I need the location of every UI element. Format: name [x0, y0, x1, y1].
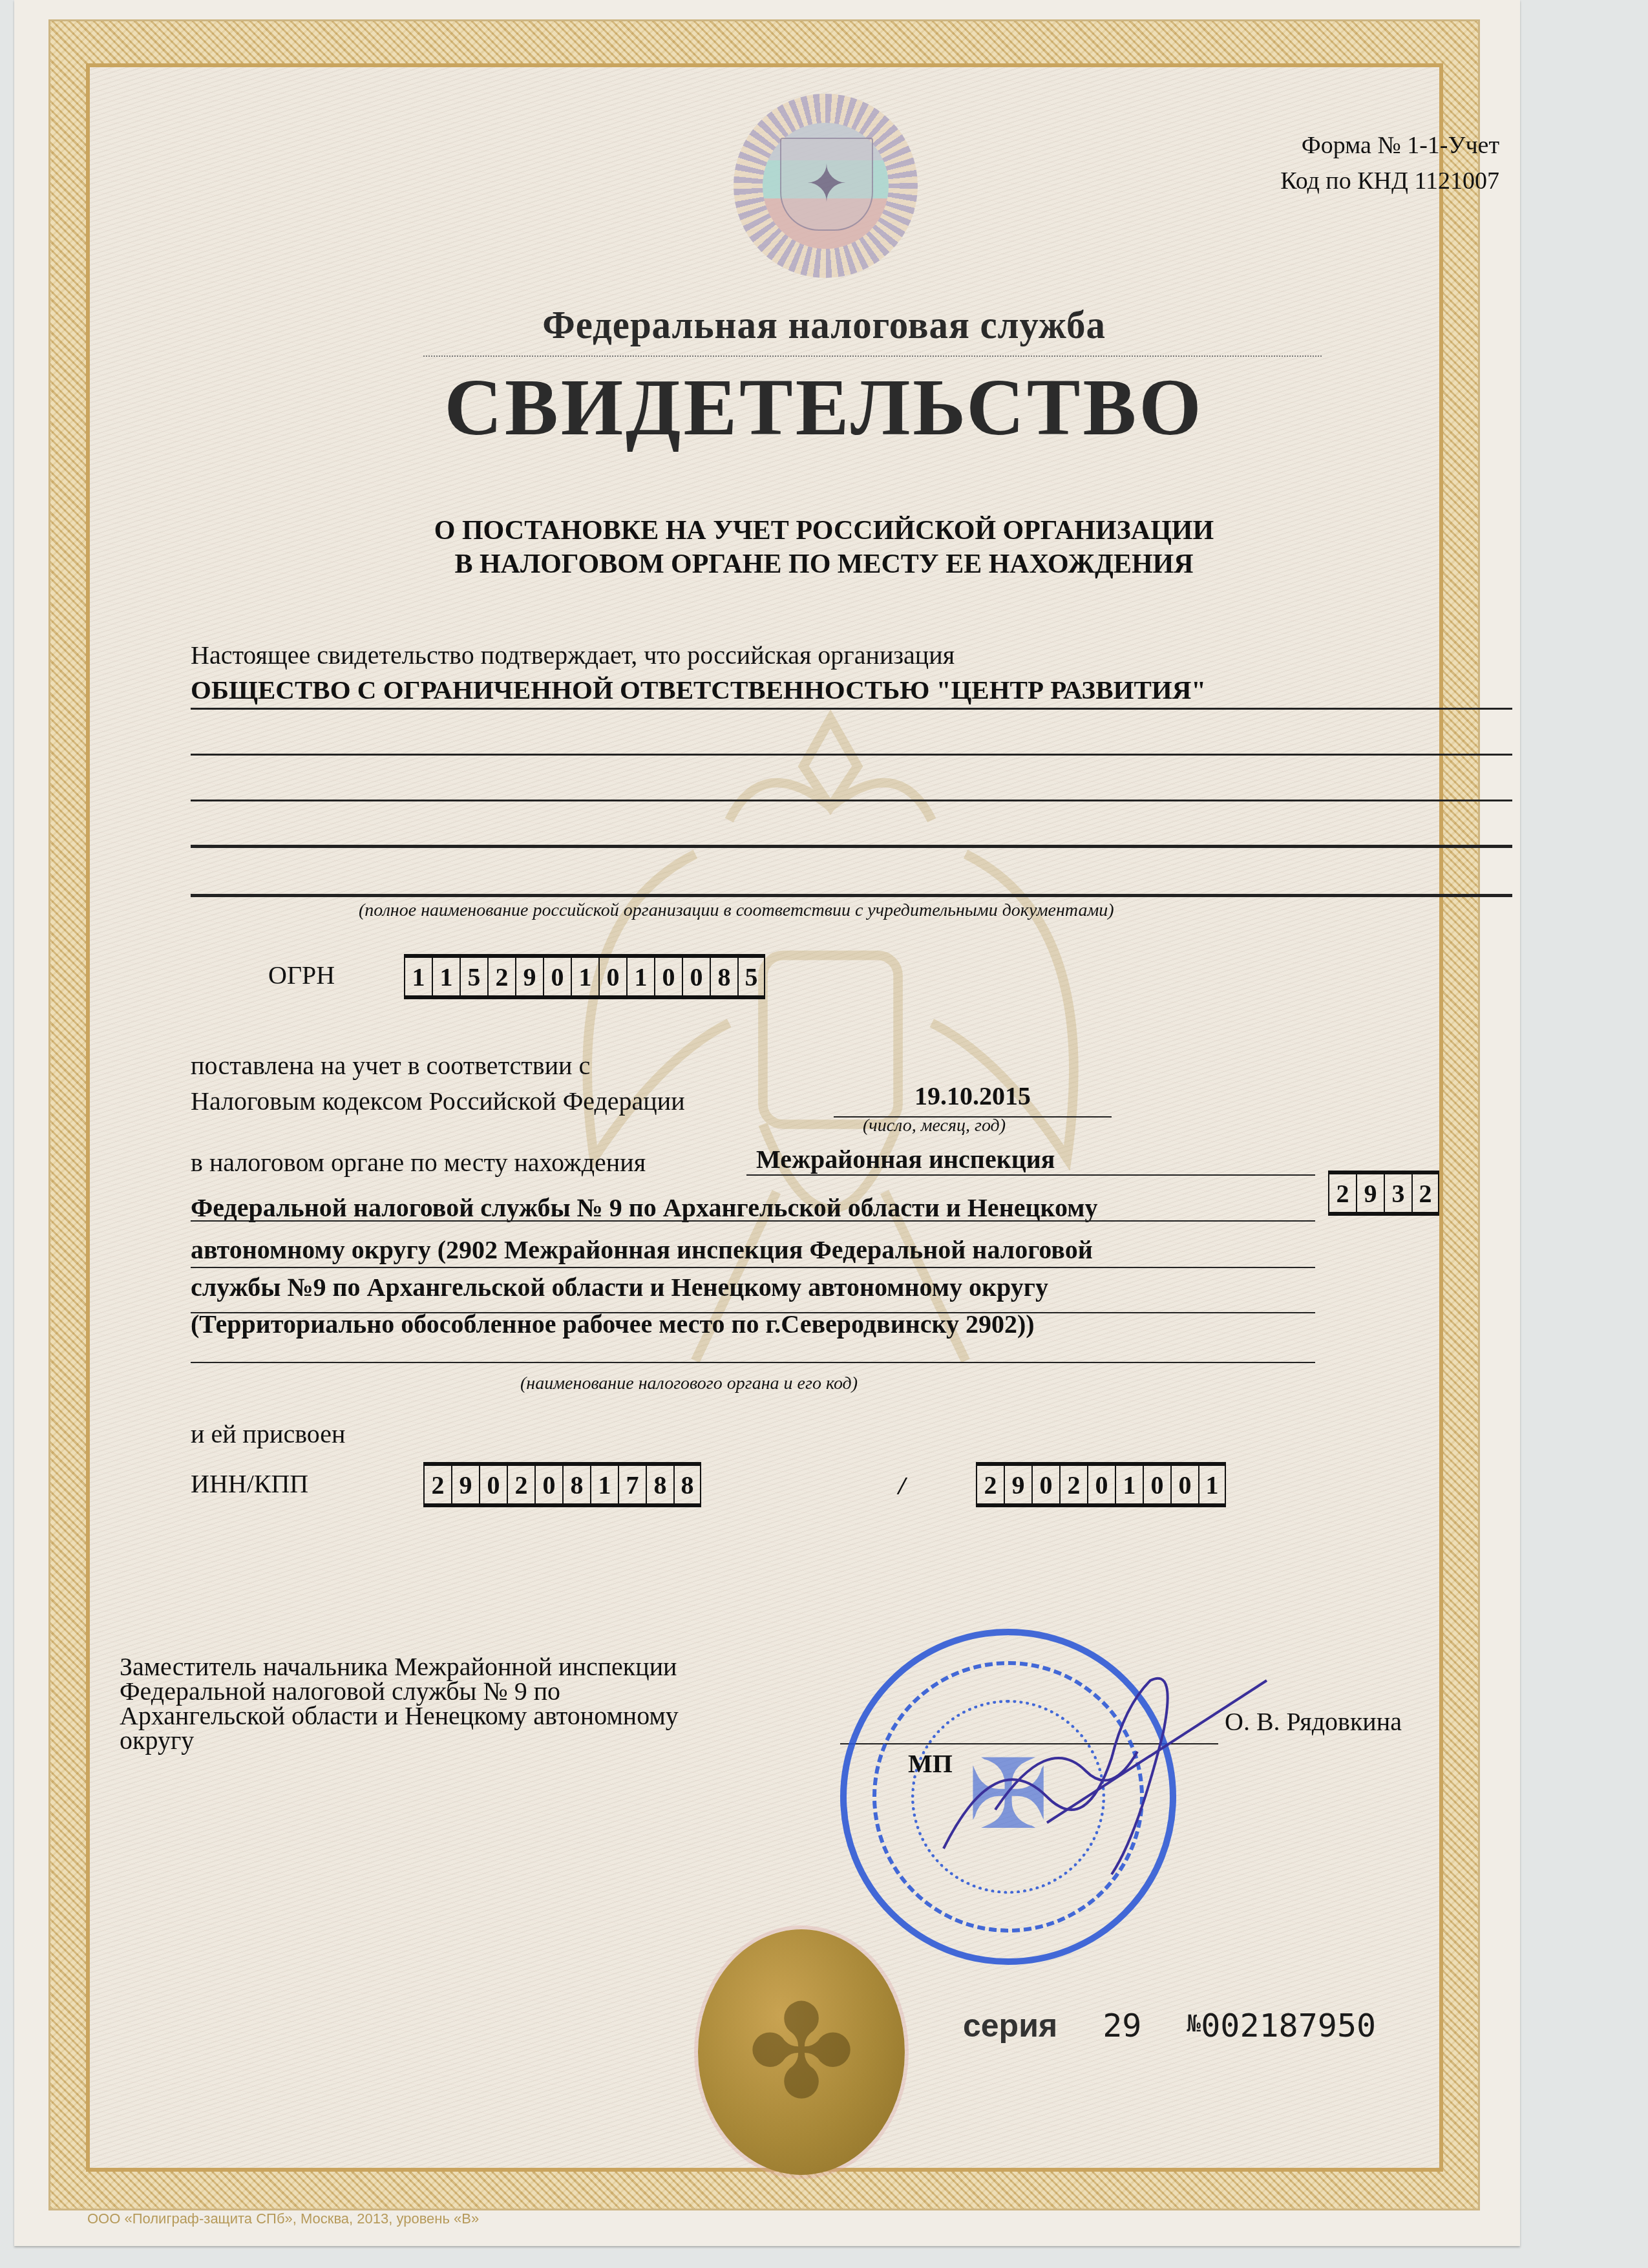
- registration-date: 19.10.2015: [914, 1081, 1031, 1111]
- tax-code-digit: 3: [1384, 1174, 1411, 1212]
- form-code-block: Форма № 1-1-Учет Код по КНД 1121007: [1280, 128, 1499, 199]
- ogrn-digit: 1: [404, 958, 432, 995]
- org-line-2: [191, 754, 1512, 756]
- ogrn-digit: 9: [515, 958, 543, 995]
- inn-digit: 8: [646, 1466, 673, 1503]
- series-value: 29: [1103, 2007, 1141, 2044]
- ogrn-digit: 0: [598, 958, 626, 995]
- intro-text: Настоящее свидетельство подтверждает, чт…: [191, 640, 955, 670]
- form-number: Форма № 1-1-Учет: [1280, 128, 1499, 164]
- kpp-boxes: 290201001: [976, 1462, 1226, 1507]
- inn-kpp-separator: /: [898, 1470, 905, 1501]
- org-line-3: [191, 800, 1512, 801]
- kpp-digit: 0: [1170, 1466, 1198, 1503]
- ogrn-label: ОГРН: [268, 960, 335, 990]
- ogrn-digit: 1: [432, 958, 460, 995]
- tax-authority-line-5: (Территориально обособленное рабочее мес…: [191, 1309, 1035, 1339]
- ogrn-digit: 1: [571, 958, 598, 995]
- gold-seal-eagle-icon: ✤: [698, 1929, 905, 2175]
- serial-number: серия 29 №002187950: [963, 2007, 1376, 2044]
- tax-code-digit: 2: [1411, 1174, 1439, 1212]
- registration-line-1: поставлена на учет в соответствии с: [191, 1050, 590, 1081]
- ogrn-boxes: 1152901010085: [404, 954, 765, 999]
- inn-digit: 8: [673, 1466, 701, 1503]
- signatory-position: Заместитель начальника Межрайонной инспе…: [120, 1655, 679, 1753]
- ogrn-digit: 0: [654, 958, 682, 995]
- ogrn-digit: 0: [682, 958, 710, 995]
- inn-boxes: 2902081788: [423, 1462, 701, 1507]
- issuer-name: Федеральная налоговая служба: [41, 302, 1607, 348]
- page-title: СВИДЕТЕЛЬСТВО: [0, 362, 1648, 454]
- series-label: серия: [963, 2008, 1057, 2044]
- number-value: 002187950: [1201, 2007, 1376, 2044]
- kpp-digit: 2: [1059, 1466, 1087, 1503]
- ogrn-digit: 2: [487, 958, 515, 995]
- ogrn-digit: 8: [710, 958, 737, 995]
- inn-kpp-label: ИНН/КПП: [191, 1468, 308, 1499]
- org-line-1: [191, 708, 1512, 710]
- kpp-digit: 0: [1143, 1466, 1170, 1503]
- number-sign: №: [1187, 2011, 1201, 2037]
- signature-icon: [918, 1655, 1280, 1913]
- kpp-digit: 0: [1087, 1466, 1115, 1503]
- ogrn-digit: 5: [737, 958, 765, 995]
- inn-digit: 2: [507, 1466, 534, 1503]
- org-line-4: [191, 845, 1512, 848]
- organization-name: ОБЩЕСТВО С ОГРАНИЧЕННОЙ ОТВЕТСТВЕННОСТЬЮ…: [191, 674, 1206, 705]
- date-caption: (число, месяц, год): [863, 1116, 1006, 1136]
- kpp-digit: 1: [1198, 1466, 1226, 1503]
- assigned-text: и ей присвоен: [191, 1419, 345, 1449]
- inn-digit: 0: [534, 1466, 562, 1503]
- tax-authority-line-2: Федеральной налоговой службы № 9 по Арха…: [191, 1192, 1097, 1223]
- inn-digit: 9: [451, 1466, 479, 1503]
- kpp-digit: 9: [1004, 1466, 1031, 1503]
- ogrn-digit: 5: [460, 958, 487, 995]
- org-line-5: [191, 894, 1512, 897]
- issuer-divider: [423, 355, 1322, 357]
- tax-code-digit: 9: [1356, 1174, 1384, 1212]
- tax-authority-caption: (наименование налогового органа и его ко…: [520, 1373, 858, 1394]
- hologram-seal: ✦: [734, 94, 918, 278]
- tax-authority-line-3: автономному округу (2902 Межрайонная инс…: [191, 1235, 1093, 1265]
- kpp-digit: 0: [1031, 1466, 1059, 1503]
- ogrn-digit: 1: [626, 958, 654, 995]
- kpp-digit: 2: [976, 1466, 1004, 1503]
- registration-line-2: Налоговым кодексом Российской Федерации: [191, 1086, 685, 1116]
- coat-of-arms-icon: ✦: [780, 138, 873, 231]
- knd-code: Код по КНД 1121007: [1280, 164, 1499, 199]
- tax-authority-code-boxes: 2932: [1328, 1171, 1439, 1216]
- inn-digit: 7: [618, 1466, 646, 1503]
- tax-code-digit: 2: [1328, 1174, 1356, 1212]
- inn-digit: 8: [562, 1466, 590, 1503]
- inn-digit: 0: [479, 1466, 507, 1503]
- ogrn-digit: 0: [543, 958, 571, 995]
- printer-note: ООО «Полиграф-защита СПб», Москва, 2013,…: [87, 2210, 479, 2227]
- document-subtitle: О ПОСТАНОВКЕ НА УЧЕТ РОССИЙСКОЙ ОРГАНИЗА…: [0, 514, 1648, 581]
- tax-authority-line-4: службы №9 по Архангельской области и Нен…: [191, 1272, 1048, 1302]
- inn-digit: 1: [590, 1466, 618, 1503]
- organization-caption: (полное наименование российской организа…: [359, 900, 1114, 921]
- tax-authority-prefix: в налоговом органе по месту нахождения: [191, 1147, 646, 1178]
- tax-authority-line-1: Межрайонная инспекция: [756, 1144, 1055, 1174]
- inn-digit: 2: [423, 1466, 451, 1503]
- kpp-digit: 1: [1115, 1466, 1143, 1503]
